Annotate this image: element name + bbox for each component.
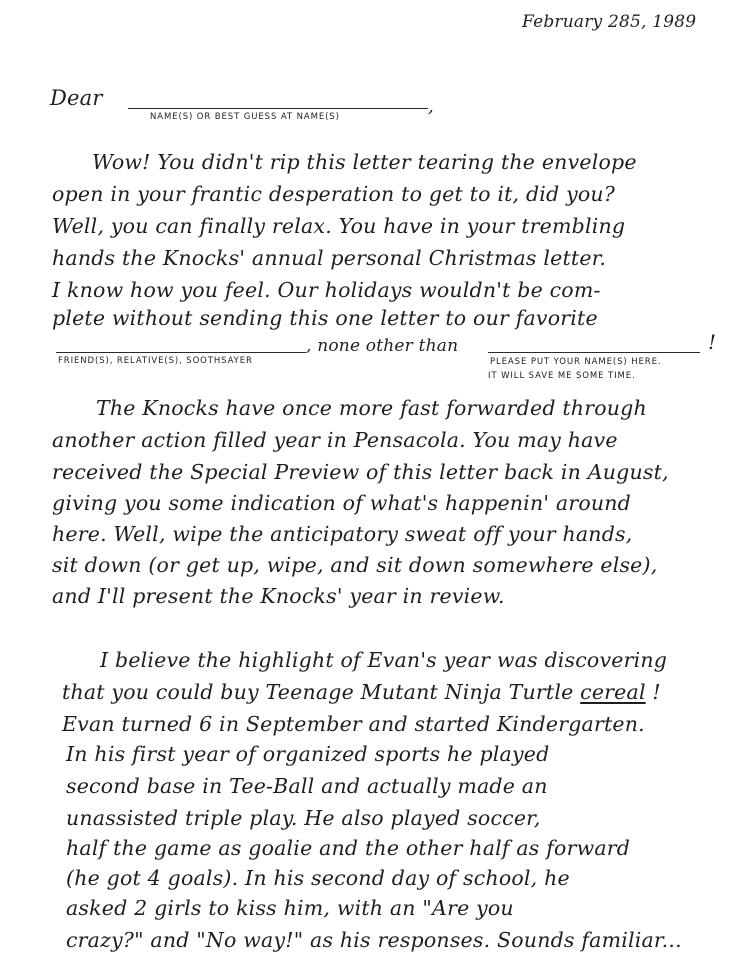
text-line: and I'll present the Knocks' year in rev… <box>52 584 505 608</box>
emphasized-word: cereal <box>580 680 646 704</box>
text-line: sit down (or get up, wipe, and sit down … <box>52 553 657 577</box>
your-name-caption-line1: PLEASE PUT YOUR NAME(S) HERE. <box>490 357 661 367</box>
text-line: here. Well, wipe the anticipatory sweat … <box>52 522 632 546</box>
fill-in-middle-text: , none other than <box>306 336 458 356</box>
your-name-blank-line <box>488 352 700 353</box>
text-line: Well, you can finally relax. You have in… <box>52 214 625 238</box>
text-line: hands the Knocks' annual personal Christ… <box>52 246 606 270</box>
text-line: open in your frantic desperation to get … <box>52 182 615 206</box>
text-line: Wow! You didn't rip this letter tearing … <box>92 150 637 174</box>
text-line: half the game as goalie and the other ha… <box>66 836 630 860</box>
text-segment: ! <box>646 680 661 704</box>
text-line: asked 2 girls to kiss him, with an "Are … <box>66 896 514 920</box>
recipient-type-blank-line <box>56 352 306 353</box>
salutation: Dear <box>50 86 103 110</box>
salutation-blank-caption: NAME(S) OR BEST GUESS AT NAME(S) <box>150 112 340 122</box>
salutation-blank-line <box>128 108 428 109</box>
text-line: Evan turned 6 in September and started K… <box>62 712 645 736</box>
salutation-comma: , <box>428 96 434 117</box>
text-line: another action filled year in Pensacola.… <box>52 428 618 452</box>
text-line: (he got 4 goals). In his second day of s… <box>66 866 570 890</box>
text-line: plete without sending this one letter to… <box>52 306 598 330</box>
text-line: I believe the highlight of Evan's year w… <box>100 648 667 672</box>
text-line: that you could buy Teenage Mutant Ninja … <box>62 680 661 704</box>
text-line: giving you some indication of what's hap… <box>52 491 631 515</box>
text-segment: that you could buy Teenage Mutant Ninja … <box>62 680 580 704</box>
recipient-type-caption: FRIEND(S), RELATIVE(S), SOOTHSAYER <box>58 356 253 366</box>
text-line: In his first year of organized sports he… <box>66 742 549 766</box>
text-line: second base in Tee-Ball and actually mad… <box>66 774 548 798</box>
text-line: I know how you feel. Our holidays wouldn… <box>52 278 601 302</box>
fill-in-exclamation: ! <box>708 330 716 354</box>
text-line: received the Special Preview of this let… <box>52 460 669 484</box>
letter-date: February 285, 1989 <box>522 12 696 32</box>
text-line: The Knocks have once more fast forwarded… <box>96 396 647 420</box>
text-line: crazy?" and "No way!" as his responses. … <box>66 928 682 952</box>
your-name-caption-line2: IT WILL SAVE ME SOME TIME. <box>488 371 636 381</box>
text-line: unassisted triple play. He also played s… <box>66 806 541 830</box>
